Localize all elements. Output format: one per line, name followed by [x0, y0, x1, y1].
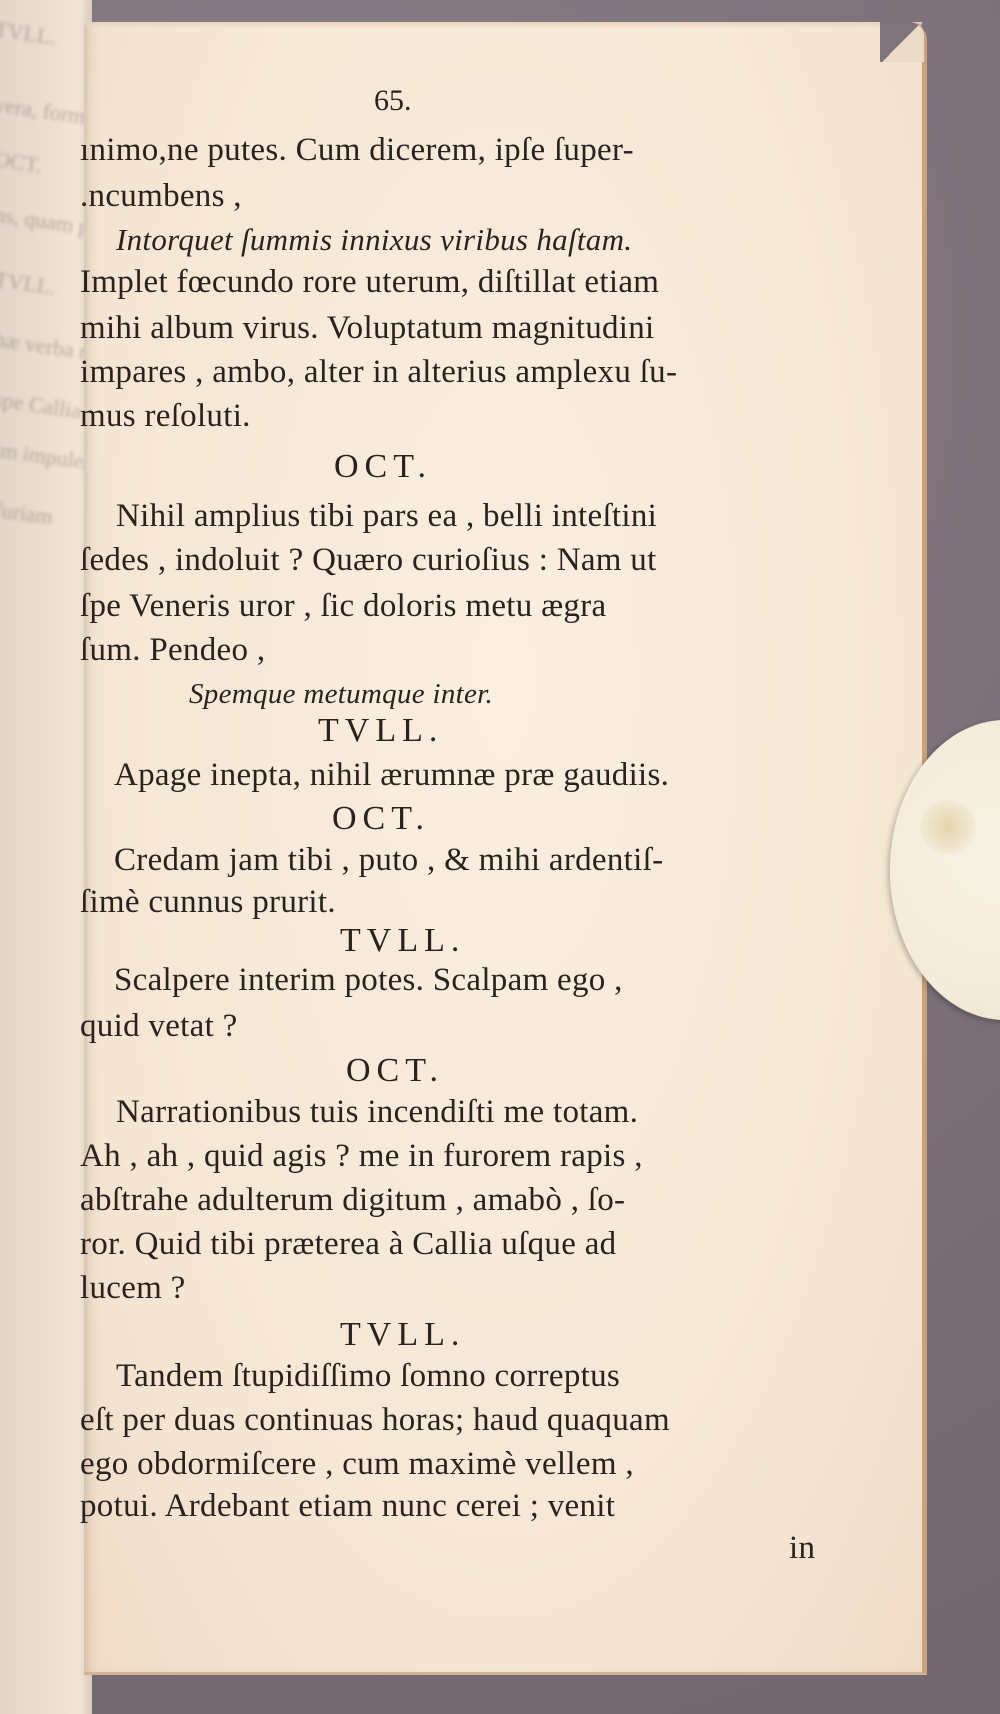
- ghost-text: spe Callia: [0, 383, 92, 432]
- text-line: ſimè cunnus prurit.: [80, 884, 336, 921]
- text-line: Credam jam tibi , puto , & mihi ardentiſ…: [114, 842, 663, 879]
- stain-mark: [920, 800, 976, 854]
- text-line: ınimo,ne putes. Cum dicerem, ipſe ſuper-: [80, 132, 634, 169]
- speaker-heading: OCT.: [346, 1052, 444, 1090]
- verse-quote: Intorquet ſummis innixus viribus haſtam.: [116, 222, 632, 258]
- speaker-heading: TVLL.: [318, 712, 443, 750]
- speaker-heading: OCT.: [332, 800, 430, 838]
- text-line: mus reſoluti.: [80, 398, 251, 435]
- ghost-text: TVLL.: [0, 13, 92, 62]
- verse-quote: Spemque metumque inter.: [189, 678, 493, 711]
- text-line: potui. Ardebant etiam nunc cerei ; venit: [80, 1488, 615, 1525]
- page-text: 65. ınimo,ne putes. Cum dicerem, ipſe ſu…: [84, 22, 922, 1672]
- book-page: 65. ınimo,ne putes. Cum dicerem, ipſe ſu…: [84, 22, 927, 1675]
- ghost-text: hæ verba nostri: [0, 323, 92, 372]
- speaker-heading: TVLL.: [340, 922, 465, 960]
- text-line: Nihil amplius tibi pars ea , belli inteſ…: [116, 498, 657, 535]
- text-line: lucem ?: [80, 1270, 186, 1307]
- text-line: Scalpere interim potes. Scalpam ego ,: [114, 962, 623, 999]
- text-line: ſedes , indoluit ? Quæro curioſius : Nam…: [80, 542, 657, 579]
- text-line: impares , ambo, alter in alterius amplex…: [80, 354, 677, 391]
- ghost-text: ns, quam pu: [0, 198, 92, 247]
- speaker-heading: TVLL.: [340, 1316, 465, 1354]
- text-line: ſpe Veneris uror , ſic doloris metu ægra: [80, 588, 606, 625]
- text-line: Implet fœcundo rore uterum, diſtillat et…: [80, 264, 659, 301]
- text-line: .ncumbens ,: [80, 178, 242, 215]
- catchword: in: [789, 1530, 815, 1567]
- text-line: Narrationibus tuis incendiſti me totam.: [116, 1094, 638, 1131]
- text-line: eſt per duas continuas horas; haud quaqu…: [80, 1402, 670, 1439]
- ghost-text: OCT.: [0, 143, 92, 192]
- ghost-text: furiam: [0, 493, 92, 542]
- text-line: abſtrahe adulterum digitum , amabò , ſo-: [80, 1182, 625, 1219]
- text-line: Tandem ſtupidiſſimo ſomno correptus: [116, 1358, 620, 1395]
- text-line: ego obdormiſcere , cum maximè vellem ,: [80, 1446, 634, 1483]
- text-line: Apage inepta, nihil ærumnæ præ gaudiis.: [114, 757, 669, 794]
- text-line: quid vetat ?: [80, 1008, 238, 1045]
- facing-left-page: TVLL. vera, formu OCT. ns, quam pu TVLL.…: [0, 0, 92, 1714]
- ghost-text: TVLL.: [0, 263, 92, 312]
- ghost-text: im impulere: [0, 433, 92, 482]
- page-number: 65.: [374, 84, 412, 118]
- text-line: ſum. Pendeo ,: [80, 632, 265, 669]
- text-line: Ah , ah , quid agis ? me in furorem rapi…: [80, 1138, 643, 1175]
- text-line: mihi album virus. Voluptatum magnitudini: [80, 310, 655, 347]
- ghost-text: vera, formu: [0, 88, 92, 137]
- text-line: ror. Quid tibi præterea à Callia uſque a…: [80, 1226, 616, 1263]
- speaker-heading: OCT.: [334, 448, 432, 486]
